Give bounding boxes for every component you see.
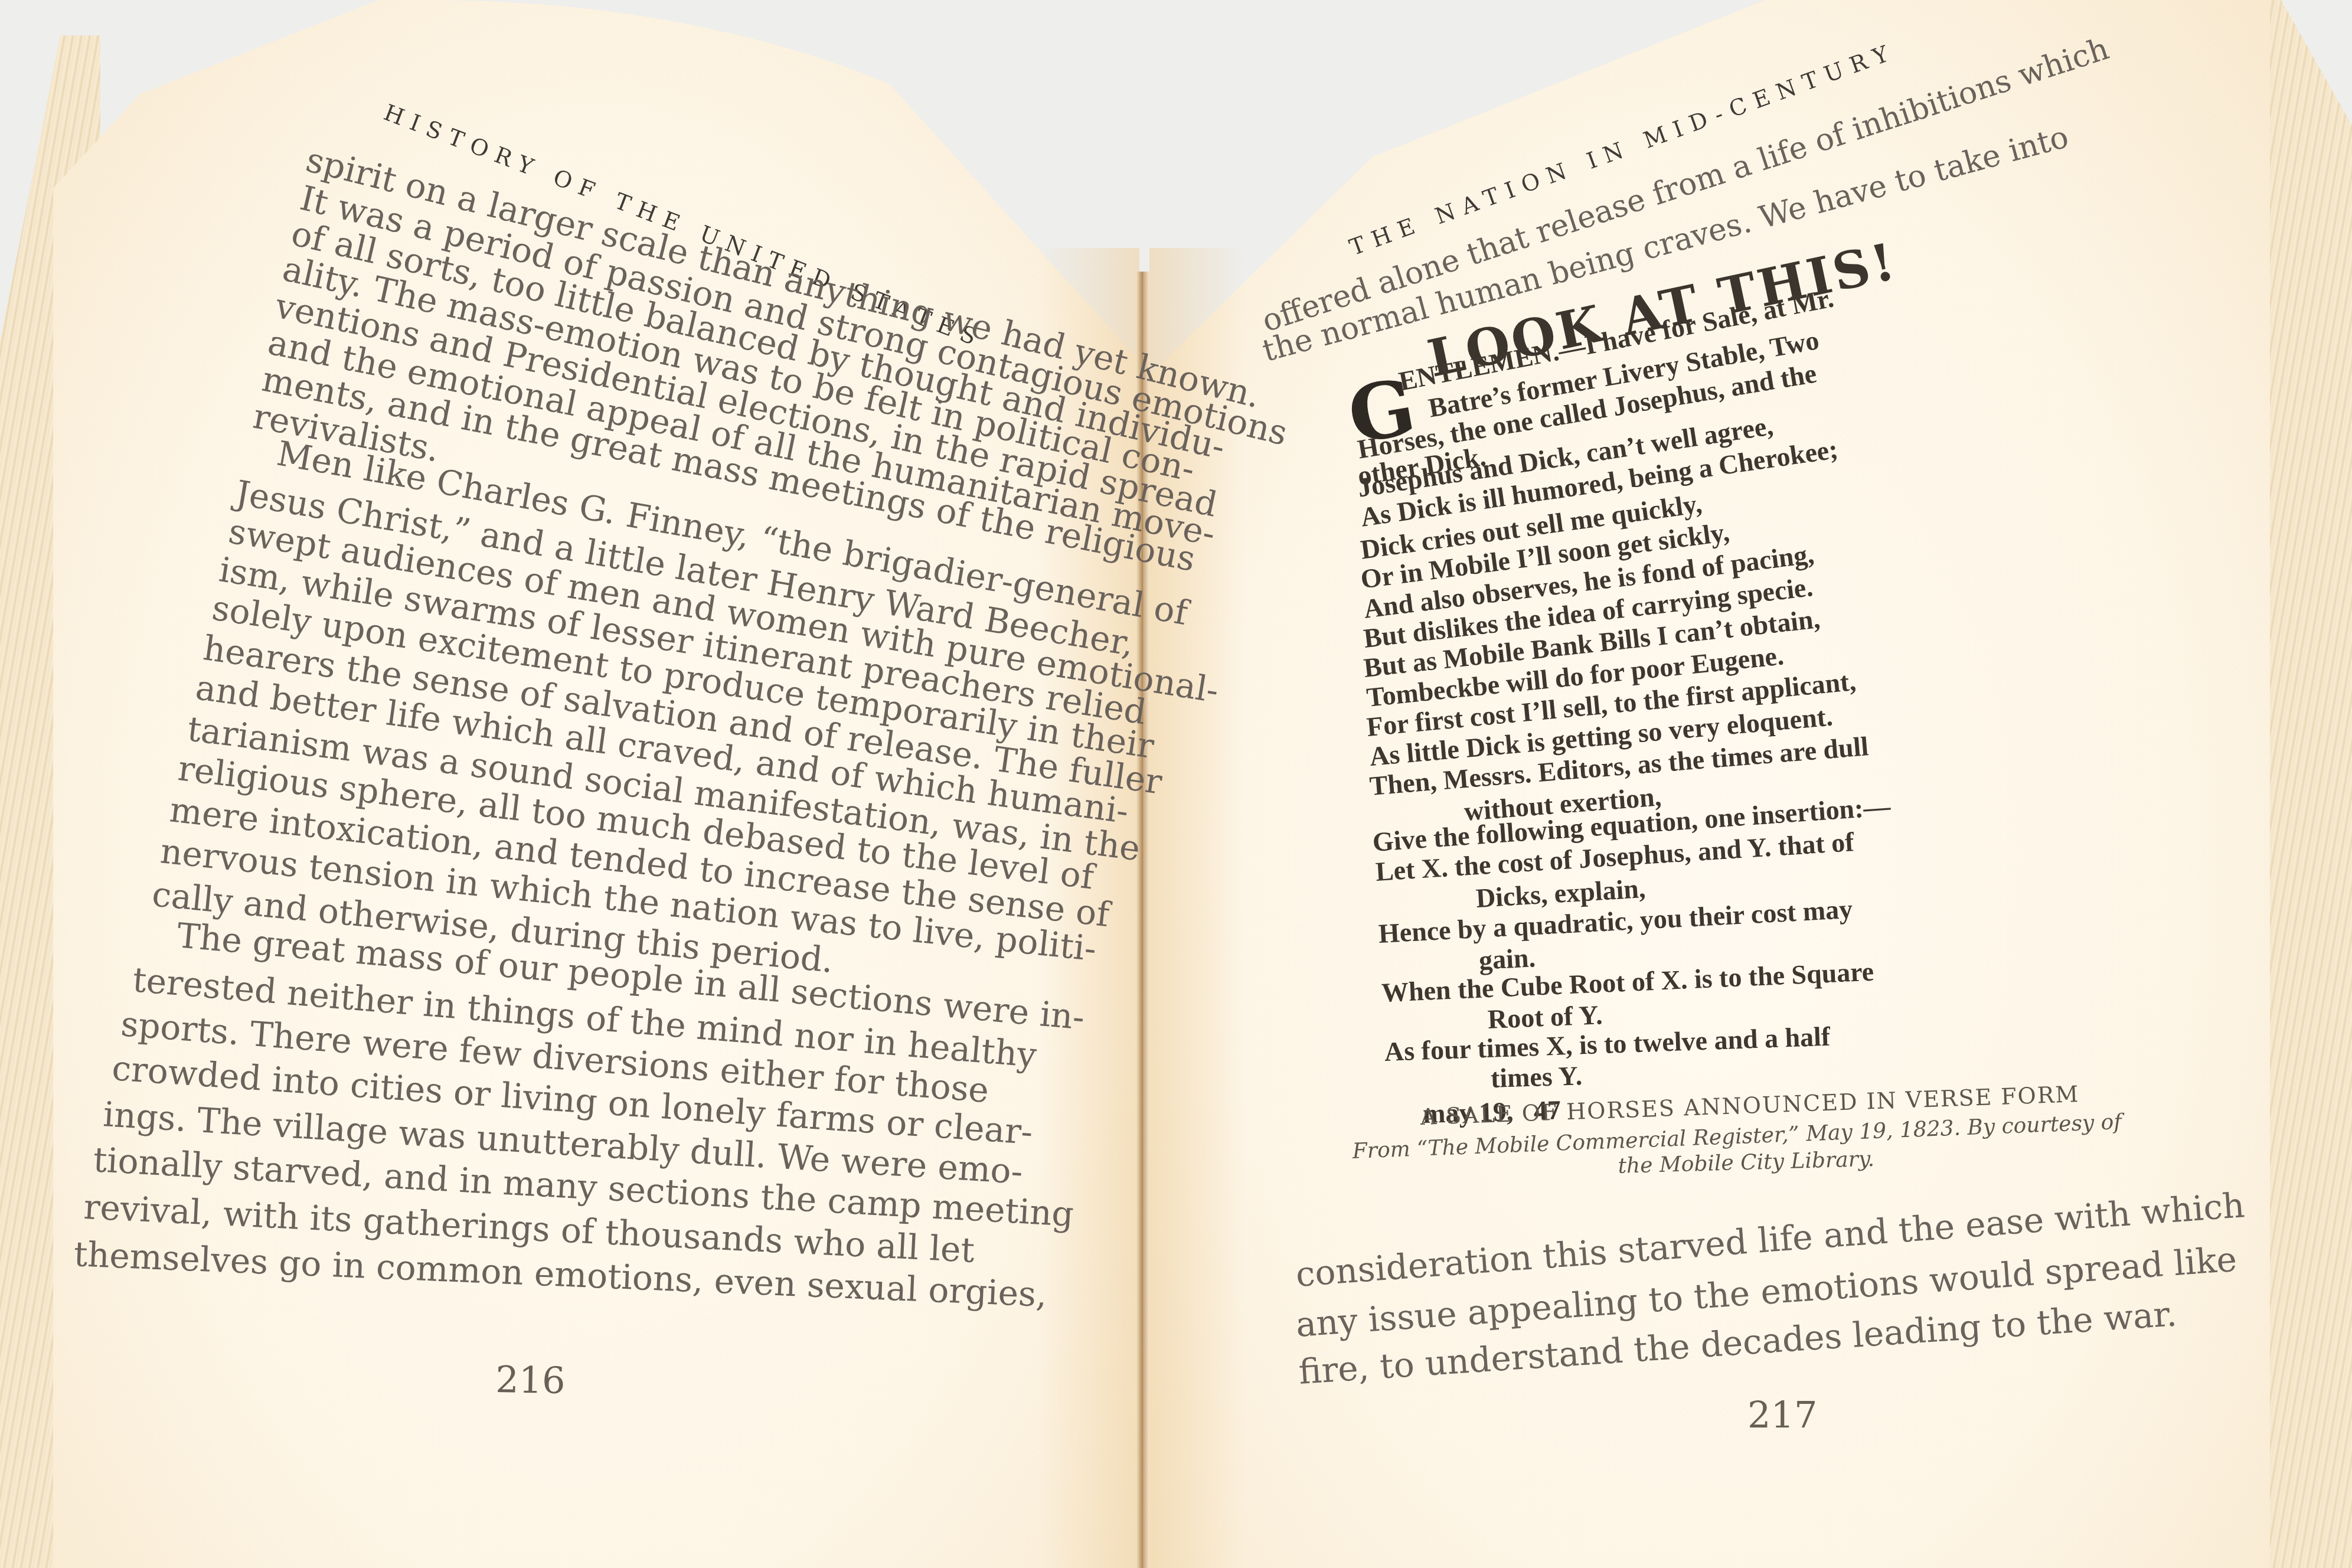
right-page-number: 217 (1747, 1393, 1817, 1436)
left-page-number: 216 (495, 1358, 566, 1402)
ad-line: times Y. (1490, 1060, 1583, 1094)
